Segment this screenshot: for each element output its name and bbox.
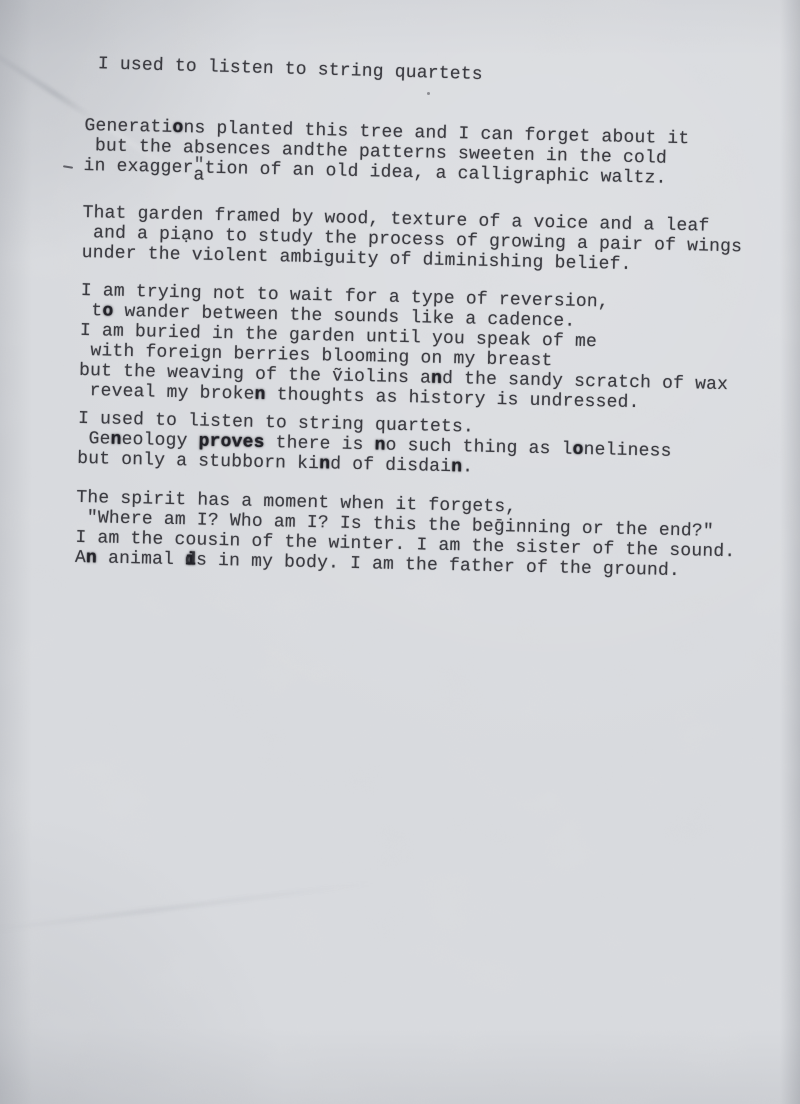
poem-title: I used to listen to string quartets	[98, 54, 786, 93]
paper-crease	[0, 879, 397, 933]
poem-stanza: Generations planted this tree and I can …	[83, 116, 784, 191]
poem-stanza: That garden framed by wood, texture of a…	[81, 203, 782, 278]
poem-stanza: I am trying not to wait for a type of re…	[78, 281, 780, 416]
poem-stanzas: Generations planted this tree and I can …	[75, 116, 785, 583]
poem: I used to listen to string quartets Gene…	[75, 54, 786, 583]
poem-stanza: I used to listen to string quartets. Gen…	[77, 409, 778, 484]
paper-sheet: I used to listen to string quartets Gene…	[0, 0, 800, 1104]
stray-ink-dash	[63, 165, 73, 169]
poem-stanza: The spirit has a moment when it forgets,…	[75, 488, 777, 583]
